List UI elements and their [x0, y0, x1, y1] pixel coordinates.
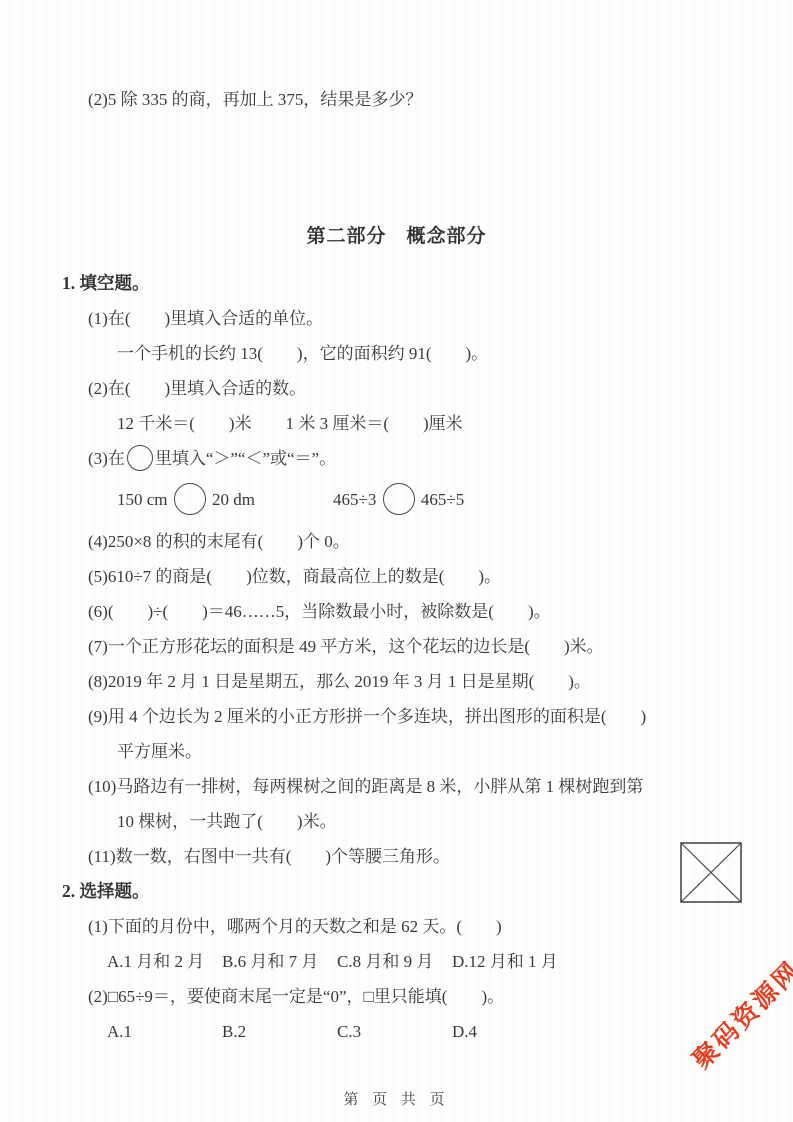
question-text: 12 千米＝( )米 1 米 3 厘米＝( )厘米 [117, 414, 463, 433]
question-line: 10 棵树，一共跑了( )米。 [0, 804, 793, 839]
question-text: (4)250×8 的积的末尾有( )个 0。 [88, 532, 350, 551]
question-text: (1)在( )里填入合适的单位。 [88, 309, 323, 328]
fill-blanks-lines: (1)在( )里填入合适的单位。一个手机的长约 13( )，它的面积约 91( … [0, 301, 793, 874]
worksheet-page: (2)5 除 335 的商，再加上 375，结果是多少？ 第二部分 概念部分 1… [0, 0, 793, 1122]
square-diagonals-figure [680, 842, 742, 903]
question-text: 平方厘米。 [117, 742, 202, 761]
answer-circle [174, 483, 206, 515]
question-line: (4)250×8 的积的末尾有( )个 0。 [0, 524, 793, 559]
question-line: 平方厘米。 [0, 734, 793, 769]
question-line: (7)一个正方形花坛的面积是 49 平方米，这个花坛的边长是( )米。 [0, 629, 793, 664]
section-title: 第二部分 概念部分 [0, 222, 793, 252]
choice-option: B.2 [222, 1014, 337, 1049]
question-line: (2)5 除 335 的商，再加上 375，结果是多少？ [0, 0, 793, 117]
question-line: (8)2019 年 2 月 1 日是星期五，那么 2019 年 3 月 1 日是… [0, 664, 793, 699]
question-text: (1)下面的月份中，哪两个月的天数之和是 62 天。( ) [88, 917, 502, 936]
question-line: (10)马路边有一排树，每两棵树之间的距离是 8 米，小胖从第 1 棵树跑到第 [0, 769, 793, 804]
choice-option: A.1 月和 2 月 [107, 944, 222, 979]
choice-option: D.12 月和 1 月 [452, 944, 558, 979]
question-line: (5)610÷7 的商是( )位数，商最高位上的数是( )。 [0, 559, 793, 594]
page-footer: 第 页 共 页 [0, 1088, 793, 1112]
question-text: 里填入“＞”“＜”或“＝”。 [155, 449, 336, 468]
question-text: (2)□65÷9＝，要使商末尾一定是“0”，□里只能填( )。 [88, 987, 504, 1006]
question-line: (2)在( )里填入合适的数。 [0, 371, 793, 406]
question-line: (1)在( )里填入合适的单位。 [0, 301, 793, 336]
answer-circle [127, 445, 153, 471]
question-text: (3)在 [88, 449, 125, 468]
choice-lines: (1)下面的月份中，哪两个月的天数之和是 62 天。( )A.1 月和 2 月B… [0, 909, 793, 1049]
question-line: 150 cm 20 dm465÷3 465÷5 [0, 476, 793, 524]
choice-option: C.8 月和 9 月 [337, 944, 452, 979]
question-line: (11)数一数，右图中一共有( )个等腰三角形。 [0, 839, 793, 874]
choice-header: 2. 选择题。 [0, 874, 793, 909]
square-diagonals-icon [680, 842, 742, 903]
question-line: (6)( )÷( )＝46……5，当除数最小时，被除数是( )。 [0, 594, 793, 629]
question-line: 12 千米＝( )米 1 米 3 厘米＝( )厘米 [0, 406, 793, 441]
question-text: (7)一个正方形花坛的面积是 49 平方米，这个花坛的边长是( )米。 [88, 637, 604, 656]
question-text: (2)在( )里填入合适的数。 [88, 379, 306, 398]
question-text: 一个手机的长约 13( )，它的面积约 91( )。 [117, 344, 488, 363]
question-text: 20 dm [208, 490, 255, 509]
question-text: 465÷5 [417, 490, 465, 509]
question-line: (9)用 4 个边长为 2 厘米的小正方形拼一个多连块，拼出图形的面积是( ) [0, 699, 793, 734]
question-line: (1)下面的月份中，哪两个月的天数之和是 62 天。( ) [0, 909, 793, 944]
question-text: 465÷3 [333, 490, 381, 509]
question-text: 150 cm [117, 490, 172, 509]
question-text: 10 棵树，一共跑了( )米。 [117, 812, 337, 831]
choice-options-row: A.1B.2C.3D.4 [0, 1014, 793, 1049]
choice-option: B.6 月和 7 月 [222, 944, 337, 979]
question-text: (5)610÷7 的商是( )位数，商最高位上的数是( )。 [88, 567, 501, 586]
answer-circle [383, 483, 415, 515]
question-line: (2)□65÷9＝，要使商末尾一定是“0”，□里只能填( )。 [0, 979, 793, 1014]
fill-blanks-section: 1. 填空题。 (1)在( )里填入合适的单位。一个手机的长约 13( )，它的… [0, 266, 793, 874]
question-text: (11)数一数，右图中一共有( )个等腰三角形。 [88, 847, 450, 866]
question-text: (8)2019 年 2 月 1 日是星期五，那么 2019 年 3 月 1 日是… [88, 672, 591, 691]
question-text: (10)马路边有一排树，每两棵树之间的距离是 8 米，小胖从第 1 棵树跑到第 [88, 777, 643, 796]
choice-option: D.4 [452, 1014, 477, 1049]
choice-section: 2. 选择题。 (1)下面的月份中，哪两个月的天数之和是 62 天。( )A.1… [0, 874, 793, 1049]
fill-blanks-header: 1. 填空题。 [0, 266, 793, 301]
choice-options-row: A.1 月和 2 月B.6 月和 7 月C.8 月和 9 月D.12 月和 1 … [0, 944, 793, 979]
question-text: (6)( )÷( )＝46……5，当除数最小时，被除数是( )。 [88, 602, 551, 621]
choice-option: C.3 [337, 1014, 452, 1049]
question-line: (3)在里填入“＞”“＜”或“＝”。 [0, 441, 793, 476]
question-line: 一个手机的长约 13( )，它的面积约 91( )。 [0, 336, 793, 371]
question-text: (9)用 4 个边长为 2 厘米的小正方形拼一个多连块，拼出图形的面积是( ) [88, 707, 646, 726]
choice-option: A.1 [107, 1014, 222, 1049]
